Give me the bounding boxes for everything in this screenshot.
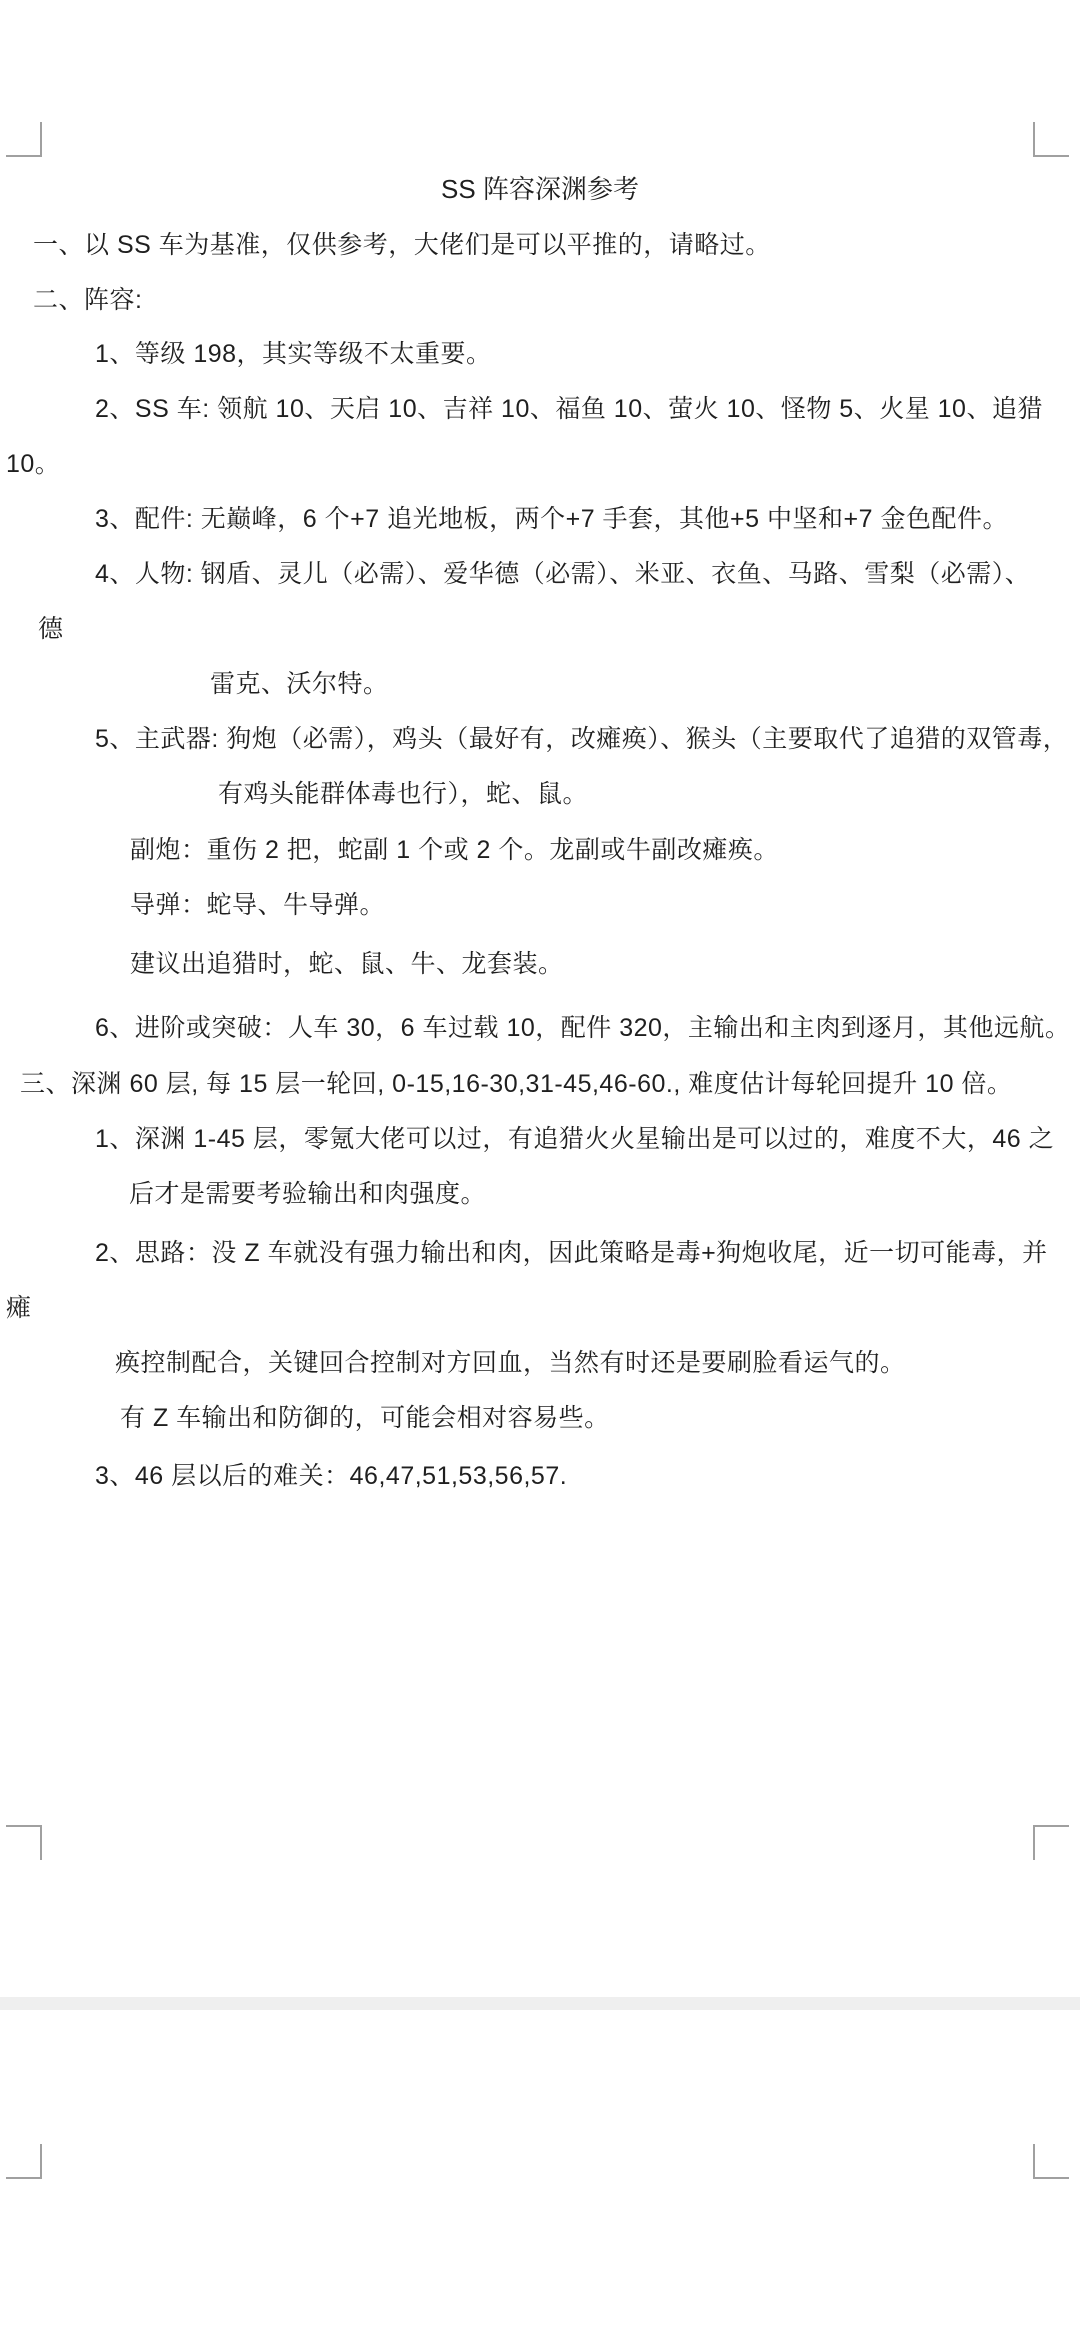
doc-text-line: 建议出追猎时，蛇、鼠、牛、龙套装。 [130, 947, 564, 981]
document-canvas: SS 阵容深渊参考 一、以 SS 车为基准，仅供参考，大佬们是可以平推的，请略过… [0, 0, 1080, 2340]
doc-text-line: 德 [38, 612, 64, 646]
margin-mark-top-left-icon [6, 2144, 42, 2179]
doc-text-line: 痪控制配合，关键回合控制对方回血，当然有时还是要刷脸看运气的。 [115, 1346, 906, 1380]
doc-text-line: 4、人物: 钢盾、灵儿（必需）、爱华德（必需）、米亚、衣鱼、马路、雪梨（必需）、 [95, 557, 1030, 591]
doc-text-line: 3、46 层以后的难关：46,47,51,53,56,57. [95, 1459, 567, 1493]
doc-text-line: 有鸡头能群体毒也行），蛇、鼠。 [218, 777, 588, 811]
page-1: SS 阵容深渊参考 一、以 SS 车为基准，仅供参考，大佬们是可以平推的，请略过… [0, 0, 1080, 1997]
margin-mark-bottom-right-icon [1033, 1825, 1069, 1860]
doc-text-line: 二、阵容: [33, 283, 142, 317]
doc-text-line: 1、深渊 1-45 层，零氪大佬可以过，有追猎火火星输出是可以过的，难度不大，4… [95, 1122, 1054, 1156]
doc-text-line: 导弹：蛇导、牛导弹。 [130, 888, 385, 922]
doc-text-line: 一、以 SS 车为基准，仅供参考，大佬们是可以平推的，请略过。 [33, 228, 771, 262]
page-break-separator [0, 1997, 1080, 2010]
margin-mark-top-left-icon [6, 122, 42, 157]
doc-text-line: 2、思路：没 Z 车就没有强力输出和肉，因此策略是毒+狗炮收尾，近一切可能毒，并 [95, 1236, 1048, 1270]
margin-mark-top-right-icon [1033, 2144, 1069, 2179]
doc-text-line: 2、SS 车: 领航 10、天启 10、吉祥 10、福鱼 10、萤火 10、怪物… [95, 392, 1043, 426]
doc-text-line: 6、进阶或突破：人车 30，6 车过载 10，配件 320，主输出和主肉到逐月，… [95, 1011, 1070, 1045]
margin-mark-bottom-left-icon [6, 1825, 42, 1860]
doc-text-line: 3、配件: 无巅峰，6 个+7 追光地板，两个+7 手套，其他+5 中坚和+7 … [95, 502, 1008, 536]
page-2 [0, 2010, 1080, 2340]
doc-text-line: 瘫 [6, 1291, 32, 1325]
margin-mark-top-right-icon [1033, 122, 1069, 157]
doc-text-line: 有 Z 车输出和防御的，可能会相对容易些。 [120, 1401, 610, 1435]
doc-text-line: 三、深渊 60 层, 每 15 层一轮回, 0-15,16-30,31-45,4… [20, 1067, 1012, 1101]
doc-text-line: 后才是需要考验输出和肉强度。 [129, 1177, 486, 1211]
doc-text-line: 雷克、沃尔特。 [210, 667, 389, 701]
doc-text-line: 10。 [6, 447, 60, 481]
doc-text-line: 1、等级 198，其实等级不太重要。 [95, 337, 492, 371]
doc-text-line: 5、主武器: 狗炮（必需），鸡头（最好有，改瘫痪）、猴头（主要取代了追猎的双管毒… [95, 722, 1068, 756]
doc-text-line: 副炮：重伤 2 把，蛇副 1 个或 2 个。龙副或牛副改瘫痪。 [130, 833, 779, 867]
document-title: SS 阵容深渊参考 [0, 172, 1080, 206]
